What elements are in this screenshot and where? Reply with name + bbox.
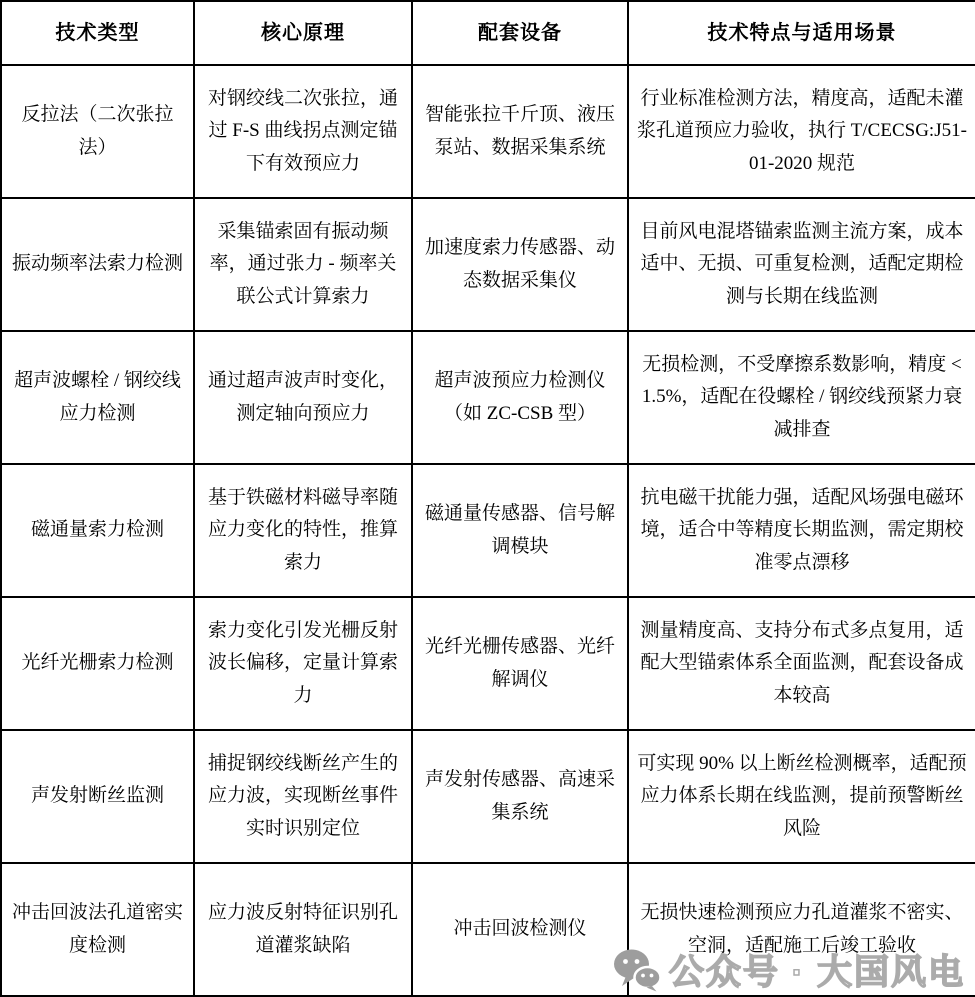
table-row: 超声波螺栓 / 钢绞线应力检测 通过超声波声时变化，测定轴向预应力 超声波预应力… xyxy=(1,331,975,464)
cell-equipment: 加速度索力传感器、动态数据采集仪 xyxy=(412,198,628,331)
cell-core-principle: 应力波反射特征识别孔道灌浆缺陷 xyxy=(194,863,412,996)
header-equipment: 配套设备 xyxy=(412,1,628,65)
table-row: 声发射断丝监测 捕捉钢绞线断丝产生的应力波，实现断丝事件实时识别定位 声发射传感… xyxy=(1,730,975,863)
table-row: 冲击回波法孔道密实度检测 应力波反射特征识别孔道灌浆缺陷 冲击回波检测仪 无损快… xyxy=(1,863,975,996)
cell-features: 无损快速检测预应力孔道灌浆不密实、空洞，适配施工后竣工验收 xyxy=(628,863,975,996)
cell-core-principle: 基于铁磁材料磁导率随应力变化的特性，推算索力 xyxy=(194,464,412,597)
table-row: 光纤光栅索力检测 索力变化引发光栅反射波长偏移，定量计算索力 光纤光栅传感器、光… xyxy=(1,597,975,730)
cell-tech-type: 反拉法（二次张拉法） xyxy=(1,65,194,198)
cell-features: 行业标准检测方法，精度高，适配未灌浆孔道预应力验收，执行 T/CECSG:J51… xyxy=(628,65,975,198)
cell-features: 无损检测，不受摩擦系数影响，精度 < 1.5%，适配在役螺栓 / 钢绞线预紧力衰… xyxy=(628,331,975,464)
cell-tech-type: 振动频率法索力检测 xyxy=(1,198,194,331)
cell-equipment: 冲击回波检测仪 xyxy=(412,863,628,996)
technology-comparison-table: 技术类型 核心原理 配套设备 技术特点与适用场景 反拉法（二次张拉法） 对钢绞线… xyxy=(0,0,975,997)
table-row: 振动频率法索力检测 采集锚索固有振动频率，通过张力 - 频率关联公式计算索力 加… xyxy=(1,198,975,331)
table-row: 反拉法（二次张拉法） 对钢绞线二次张拉，通过 F-S 曲线拐点测定锚下有效预应力… xyxy=(1,65,975,198)
cell-core-principle: 采集锚索固有振动频率，通过张力 - 频率关联公式计算索力 xyxy=(194,198,412,331)
cell-features: 抗电磁干扰能力强，适配风场强电磁环境，适合中等精度长期监测，需定期校准零点漂移 xyxy=(628,464,975,597)
header-tech-type: 技术类型 xyxy=(1,1,194,65)
cell-core-principle: 索力变化引发光栅反射波长偏移，定量计算索力 xyxy=(194,597,412,730)
cell-equipment: 超声波预应力检测仪（如 ZC-CSB 型） xyxy=(412,331,628,464)
cell-tech-type: 磁通量索力检测 xyxy=(1,464,194,597)
table-header-row: 技术类型 核心原理 配套设备 技术特点与适用场景 xyxy=(1,1,975,65)
cell-equipment: 光纤光栅传感器、光纤解调仪 xyxy=(412,597,628,730)
cell-features: 目前风电混塔锚索监测主流方案，成本适中、无损、可重复检测，适配定期检测与长期在线… xyxy=(628,198,975,331)
cell-tech-type: 超声波螺栓 / 钢绞线应力检测 xyxy=(1,331,194,464)
header-features-scenarios: 技术特点与适用场景 xyxy=(628,1,975,65)
cell-tech-type: 冲击回波法孔道密实度检测 xyxy=(1,863,194,996)
cell-tech-type: 光纤光栅索力检测 xyxy=(1,597,194,730)
cell-equipment: 智能张拉千斤顶、液压泵站、数据采集系统 xyxy=(412,65,628,198)
cell-equipment: 磁通量传感器、信号解调模块 xyxy=(412,464,628,597)
cell-equipment: 声发射传感器、高速采集系统 xyxy=(412,730,628,863)
page: { "table": { "headers": ["技术类型", "核心原理",… xyxy=(0,0,975,997)
cell-core-principle: 捕捉钢绞线断丝产生的应力波，实现断丝事件实时识别定位 xyxy=(194,730,412,863)
table-row: 磁通量索力检测 基于铁磁材料磁导率随应力变化的特性，推算索力 磁通量传感器、信号… xyxy=(1,464,975,597)
header-core-principle: 核心原理 xyxy=(194,1,412,65)
cell-features: 可实现 90% 以上断丝检测概率，适配预应力体系长期在线监测，提前预警断丝风险 xyxy=(628,730,975,863)
cell-tech-type: 声发射断丝监测 xyxy=(1,730,194,863)
cell-core-principle: 通过超声波声时变化，测定轴向预应力 xyxy=(194,331,412,464)
cell-features: 测量精度高、支持分布式多点复用，适配大型锚索体系全面监测，配套设备成本较高 xyxy=(628,597,975,730)
cell-core-principle: 对钢绞线二次张拉，通过 F-S 曲线拐点测定锚下有效预应力 xyxy=(194,65,412,198)
